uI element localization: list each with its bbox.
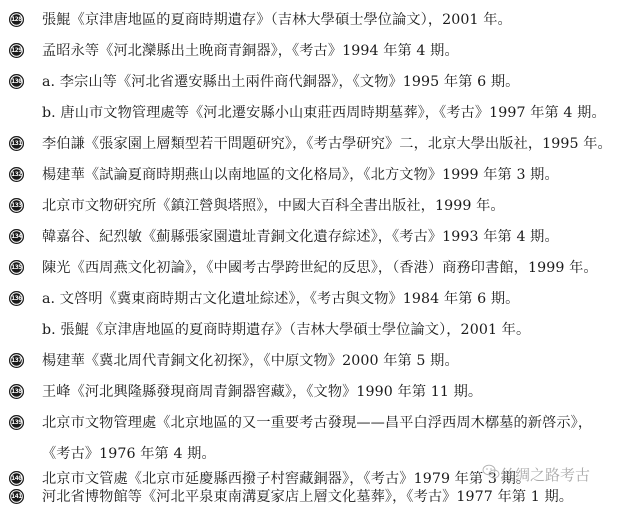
footnote-text: 北京市文物研究所《鎮江營與塔照》，中國大百科全書出版社，1999 年。 <box>42 193 505 219</box>
footnote-number-marker: 133 <box>9 198 24 213</box>
footnote-text: 楊建華《冀北周代青銅文化初探》，《中原文物》2000 年第 5 期。 <box>42 348 459 374</box>
sub-text: 李宗山等《河北省遷安縣出土兩件商代銅器》，《文物》1995 年第 6 期。 <box>60 74 520 90</box>
footnote-text: 韓嘉谷、紀烈敏《薊縣張家園遺址青銅文化遺存綜述》，《考古》1993 年第 4 期… <box>42 224 559 250</box>
footnote-number-marker: 130 <box>9 74 24 89</box>
footnote-number-marker: 138 <box>9 384 24 399</box>
footnote-text: 《考古》1976 年第 4 期。 <box>42 441 216 467</box>
footnote-text: 楊建華《試論夏商時期燕山以南地區的文化格局》，《北方文物》1999 年第 3 期… <box>42 162 559 188</box>
footnote-number-marker: 129 <box>9 43 24 58</box>
footnote-number-marker: 131 <box>9 136 24 151</box>
footnote-number-marker: 139 <box>9 415 24 430</box>
footnote-text: 張鯤《京津唐地區的夏商時期遺存》（吉林大學碩士學位論文），2001 年。 <box>42 7 512 33</box>
footnote-number-marker: 136 <box>9 291 24 306</box>
footnote-number-marker: 141 <box>9 489 24 504</box>
sub-label: b. <box>42 105 56 121</box>
footnote-number-marker: 134 <box>9 229 24 244</box>
sub-label: a. <box>42 74 55 90</box>
sub-text: 文啓明《冀東商時期古文化遺址綜述》，《考古與文物》1984 年第 6 期。 <box>60 291 520 307</box>
footnote-number-marker: 140 <box>9 471 24 486</box>
footnote-text: 孟昭永等《河北灤縣出土晚商青銅器》，《考古》1994 年第 4 期。 <box>42 38 459 64</box>
footnote-text: 陳光《西周燕文化初論》，《中國考古學跨世紀的反思》，（香港）商務印書館，1999… <box>42 255 598 281</box>
wechat-icon <box>482 464 500 480</box>
sub-label: b. <box>42 322 56 338</box>
footnote-number-marker: 128 <box>9 12 24 27</box>
document-page: 128 張鯤《京津唐地區的夏商時期遺存》（吉林大學碩士學位論文），2001 年。… <box>0 0 640 506</box>
footnote-text: 王峰《河北興隆縣發現商周青銅器窖藏》，《文物》1990 年第 11 期。 <box>42 379 482 405</box>
sub-text: 張鯤《京津唐地區的夏商時期遺存》（吉林大學碩士學位論文），2001 年。 <box>60 322 530 338</box>
footnote-text: b. 張鯤《京津唐地區的夏商時期遺存》（吉林大學碩士學位論文），2001 年。 <box>42 317 530 343</box>
footnote-text: 河北省博物館等《河北平泉東南溝夏家店上層文化墓葬》，《考古》1977 年第 1 … <box>42 484 573 506</box>
footnote-text: a. 李宗山等《河北省遷安縣出土兩件商代銅器》，《文物》1995 年第 6 期。 <box>42 69 519 95</box>
footnote-text: a. 文啓明《冀東商時期古文化遺址綜述》，《考古與文物》1984 年第 6 期。 <box>42 286 519 312</box>
footnote-text: b. 唐山市文物管理處等《河北遷安縣小山東莊西周時期墓葬》，《考古》1997 年… <box>42 100 606 126</box>
watermark-text: 丝绸之路考古 <box>500 464 590 485</box>
footnote-text: 李伯謙《張家園上層類型若干問題研究》，《考古學研究》二，北京大學出版社，1995… <box>42 131 612 157</box>
sub-text: 唐山市文物管理處等《河北遷安縣小山東莊西周時期墓葬》，《考古》1997 年第 4… <box>60 105 605 121</box>
footnote-number-marker: 135 <box>9 260 24 275</box>
footnote-text: 北京市文物管理處《北京地區的又一重要考古發現——昌平白浮西周木槨墓的新啓示》， <box>42 410 592 436</box>
sub-label: a. <box>42 291 55 307</box>
footnote-number-marker: 137 <box>9 353 24 368</box>
footnote-number-marker: 132 <box>9 167 24 182</box>
